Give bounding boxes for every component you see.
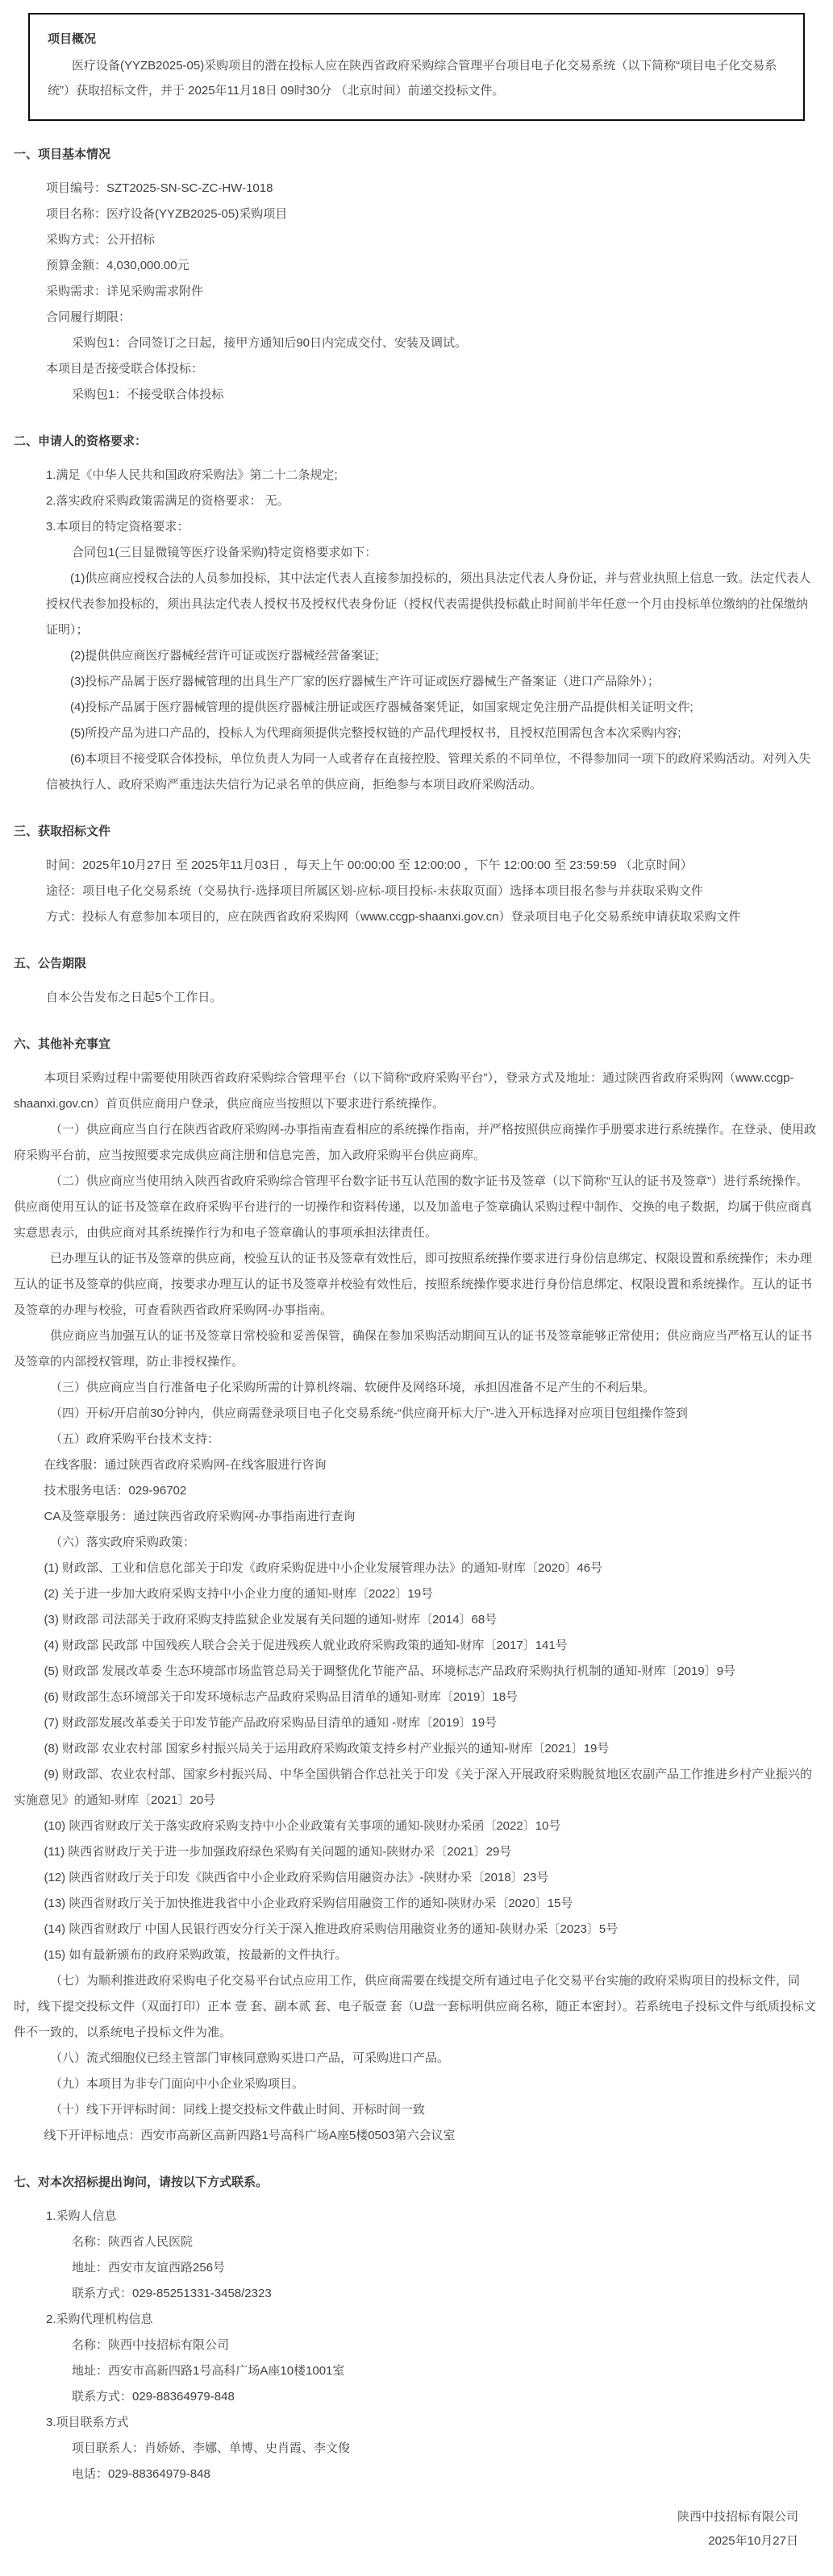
signature-org: 陕西中技招标有限公司 <box>14 2505 819 2529</box>
supplement-item-9: （九）本项目为非专门面向中小企业采购项目。 <box>14 2071 819 2097</box>
supplement-item-3: （三）供应商应当自行准备电子化采购所需的计算机终端、软硬件及网络环境，承担因准备… <box>14 1375 819 1401</box>
offline-evaluation-location: 线下开评标地点：西安市高新区高新四路1号高科广场A座5楼0503第六会议室 <box>14 2123 819 2149</box>
project-contact-phone: 电话：029-88364979-848 <box>14 2462 819 2487</box>
announcement-document: 项目概况 医疗设备(YYZB2025-05)采购项目的潜在投标人应在陕西省政府采… <box>0 0 833 2576</box>
signature-date: 2025年10月27日 <box>14 2529 819 2553</box>
overview-title: 项目概况 <box>48 26 785 53</box>
policy-doc-9: (9) 财政部、农业农村部、国家乡村振兴局、中华全国供销合作总社关于印发《关于深… <box>14 1762 819 1814</box>
project-contact-heading: 3.项目联系方式 <box>14 2410 819 2436</box>
specific-qualification-6: (6)本项目不接受联合体投标，单位负责人为同一人或者存在直接控股、管理关系的不同… <box>46 746 819 798</box>
supplement-item-8: （八）流式细胞仪已经主管部门审核同意购买进口产品，可采购进口产品。 <box>14 2046 819 2071</box>
certificate-safekeeping-paragraph: 供应商应当加强互认的证书及签章日常校验和妥善保管，确保在参加采购活动期间互认的证… <box>14 1323 819 1375</box>
specific-qualification-3: (3)投标产品属于医疗器械管理的出具生产厂家的医疗器械生产许可证或医疗器械生产备… <box>46 669 819 695</box>
project-overview-box: 项目概况 医疗设备(YYZB2025-05)采购项目的潜在投标人应在陕西省政府采… <box>28 13 805 121</box>
section-3-heading: 三、获取招标文件 <box>14 819 819 845</box>
purchaser-contact: 联系方式：029-85251331-3458/2323 <box>14 2281 819 2307</box>
qualification-item-1: 1.满足《中华人民共和国政府采购法》第二十二条规定; <box>14 463 819 488</box>
supplement-item-7: （七）为顺利推进政府采购电子化交易平台试点应用工作，供应商需要在线提交所有通过电… <box>14 1968 819 2046</box>
ca-signature-service: CA及签章服务：通过陕西省政府采购网-办事指南进行查询 <box>14 1504 819 1530</box>
document-acquisition-time: 时间：2025年10月27日 至 2025年11月03日 ，每天上午 00:00… <box>14 853 819 879</box>
online-service-line: 在线客服：通过陕西省政府采购网-在线客服进行咨询 <box>14 1452 819 1478</box>
policy-doc-4: (4) 财政部 民政部 中国残疾人联合会关于促进残疾人就业政府采购政策的通知-财… <box>14 1633 819 1659</box>
policy-doc-5: (5) 财政部 发展改革委 生态环境部市场监管总局关于调整优化节能产品、环境标志… <box>14 1659 819 1685</box>
agency-name: 名称：陕西中技招标有限公司 <box>14 2333 819 2358</box>
policy-doc-1: (1) 财政部、工业和信息化部关于印发《政府采购促进中小企业发展管理办法》的通知… <box>14 1556 819 1581</box>
section-5-heading: 五、公告期限 <box>14 951 819 977</box>
supplement-item-10: （十）线下开评标时间：同线上提交投标文件截止时间、开标时间一致 <box>14 2097 819 2123</box>
budget-amount: 预算金额：4,030,000.00元 <box>14 253 819 279</box>
section-7-heading: 七、对本次招标提出询问，请按以下方式联系。 <box>14 2170 819 2196</box>
procurement-requirements: 采购需求：详见采购需求附件 <box>14 279 819 305</box>
overview-body: 医疗设备(YYZB2025-05)采购项目的潜在投标人应在陕西省政府采购综合管理… <box>48 53 785 103</box>
supplement-item-1: （一）供应商应当自行在陕西省政府采购网-办事指南查看相应的系统操作指南，并严格按… <box>14 1117 819 1169</box>
policy-doc-2: (2) 关于进一步加大政府采购支持中小企业力度的通知-财库〔2022〕19号 <box>14 1581 819 1607</box>
document-acquisition-method: 方式：投标人有意参加本项目的，应在陕西省政府采购网（www.ccgp-shaan… <box>14 904 819 930</box>
policy-doc-8: (8) 财政部 农业农村部 国家乡村振兴局关于运用政府采购政策支持乡村产业振兴的… <box>14 1736 819 1762</box>
agency-info-heading: 2.采购代理机构信息 <box>14 2307 819 2333</box>
project-number: 项目编号：SZT2025-SN-SC-ZC-HW-1018 <box>14 176 819 202</box>
section-2-heading: 二、申请人的资格要求： <box>14 429 819 455</box>
purchaser-name: 名称：陕西省人民医院 <box>14 2229 819 2255</box>
agency-contact: 联系方式：029-88364979-848 <box>14 2384 819 2410</box>
package1-performance-period: 采购包1：合同签订之日起，接甲方通知后90日内完成交付、安装及调试。 <box>14 330 819 356</box>
package1-consortium-bid: 采购包1：不接受联合体投标 <box>14 382 819 408</box>
supplement-item-6: （六）落实政府采购政策： <box>14 1530 819 1556</box>
platform-login-intro: 本项目采购过程中需要使用陕西省政府采购综合管理平台（以下简称“政府采购平台”），… <box>14 1066 819 1117</box>
supplement-item-5: （五）政府采购平台技术支持： <box>14 1427 819 1452</box>
policy-doc-6: (6) 财政部生态环境部关于印发环境标志产品政府采购品目清单的通知-财库〔201… <box>14 1685 819 1710</box>
procurement-method: 采购方式：公开招标 <box>14 227 819 253</box>
qualification-item-2: 2.落实政府采购政策需满足的资格要求： 无。 <box>14 488 819 514</box>
policy-doc-10: (10) 陕西省财政厅关于落实政府采购支持中小企业政策有关事项的通知-陕财办采函… <box>14 1814 819 1839</box>
certificate-handled-paragraph: 已办理互认的证书及签章的供应商，校验互认的证书及签章有效性后，即可按照系统操作要… <box>14 1246 819 1323</box>
policy-doc-3: (3) 财政部 司法部关于政府采购支持监狱企业发展有关问题的通知-财库〔2014… <box>14 1607 819 1633</box>
contract-performance-period-label: 合同履行期限： <box>14 305 819 330</box>
section-6-heading: 六、其他补充事宜 <box>14 1032 819 1057</box>
supplement-item-2: （二）供应商应当使用纳入陕西省政府采购综合管理平台数字证书互认范围的数字证书及签… <box>14 1169 819 1246</box>
tech-support-phone: 技术服务电话：029-96702 <box>14 1478 819 1504</box>
policy-doc-7: (7) 财政部发展改革委关于印发节能产品政府采购品目清单的通知 -财库〔2019… <box>14 1710 819 1736</box>
specific-qualification-4: (4)投标产品属于医疗器械管理的提供医疗器械注册证或医疗器械备案凭证，如国家规定… <box>46 695 819 721</box>
policy-doc-11: (11) 陕西省财政厅关于进一步加强政府绿色采购有关问题的通知-陕财办采〔202… <box>14 1839 819 1865</box>
announcement-period: 自本公告发布之日起5个工作日。 <box>14 985 819 1011</box>
purchaser-address: 地址：西安市友谊西路256号 <box>14 2255 819 2281</box>
policy-doc-13: (13) 陕西省财政厅关于加快推进我省中小企业政府采购信用融资工作的通知-陕财办… <box>14 1891 819 1917</box>
specific-qualification-5: (5)所投产品为进口产品的，投标人为代理商须提供完整授权链的产品代理授权书，且授… <box>46 721 819 746</box>
project-name: 项目名称：医疗设备(YYZB2025-05)采购项目 <box>14 202 819 227</box>
package1-specific-qualification-intro: 合同包1(三目显微镜等医疗设备采购)特定资格要求如下： <box>14 540 819 566</box>
supplement-item-4: （四）开标/开启前30分钟内，供应商需登录项目电子化交易系统-“供应商开标大厅”… <box>14 1401 819 1427</box>
consortium-bid-label: 本项目是否接受联合体投标： <box>14 356 819 382</box>
specific-qualification-1: (1)供应商应授权合法的人员参加投标，其中法定代表人直接参加投标的，须出具法定代… <box>46 566 819 643</box>
policy-doc-12: (12) 陕西省财政厅关于印发《陕西省中小企业政府采购信用融资办法》-陕财办采〔… <box>14 1865 819 1891</box>
policy-doc-14: (14) 陕西省财政厅 中国人民银行西安分行关于深入推进政府采购信用融资业务的通… <box>14 1917 819 1942</box>
purchaser-info-heading: 1.采购人信息 <box>14 2204 819 2229</box>
policy-doc-15: (15) 如有最新颁布的政府采购政策，按最新的文件执行。 <box>14 1942 819 1968</box>
qualification-item-3: 3.本项目的特定资格要求： <box>14 514 819 540</box>
project-contact-persons: 项目联系人：肖娇娇、李娜、单博、史肖霞、李文俊 <box>14 2436 819 2462</box>
specific-qualification-2: (2)提供供应商医疗器械经营许可证或医疗器械经营备案证; <box>46 643 819 669</box>
section-1-heading: 一、项目基本情况 <box>14 142 819 168</box>
agency-address: 地址：西安市高新四路1号高科广场A座10楼1001室 <box>14 2358 819 2384</box>
document-acquisition-channel: 途径：项目电子化交易系统（交易执行-选择项目所属区划-应标-项目投标-未获取页面… <box>14 879 819 904</box>
